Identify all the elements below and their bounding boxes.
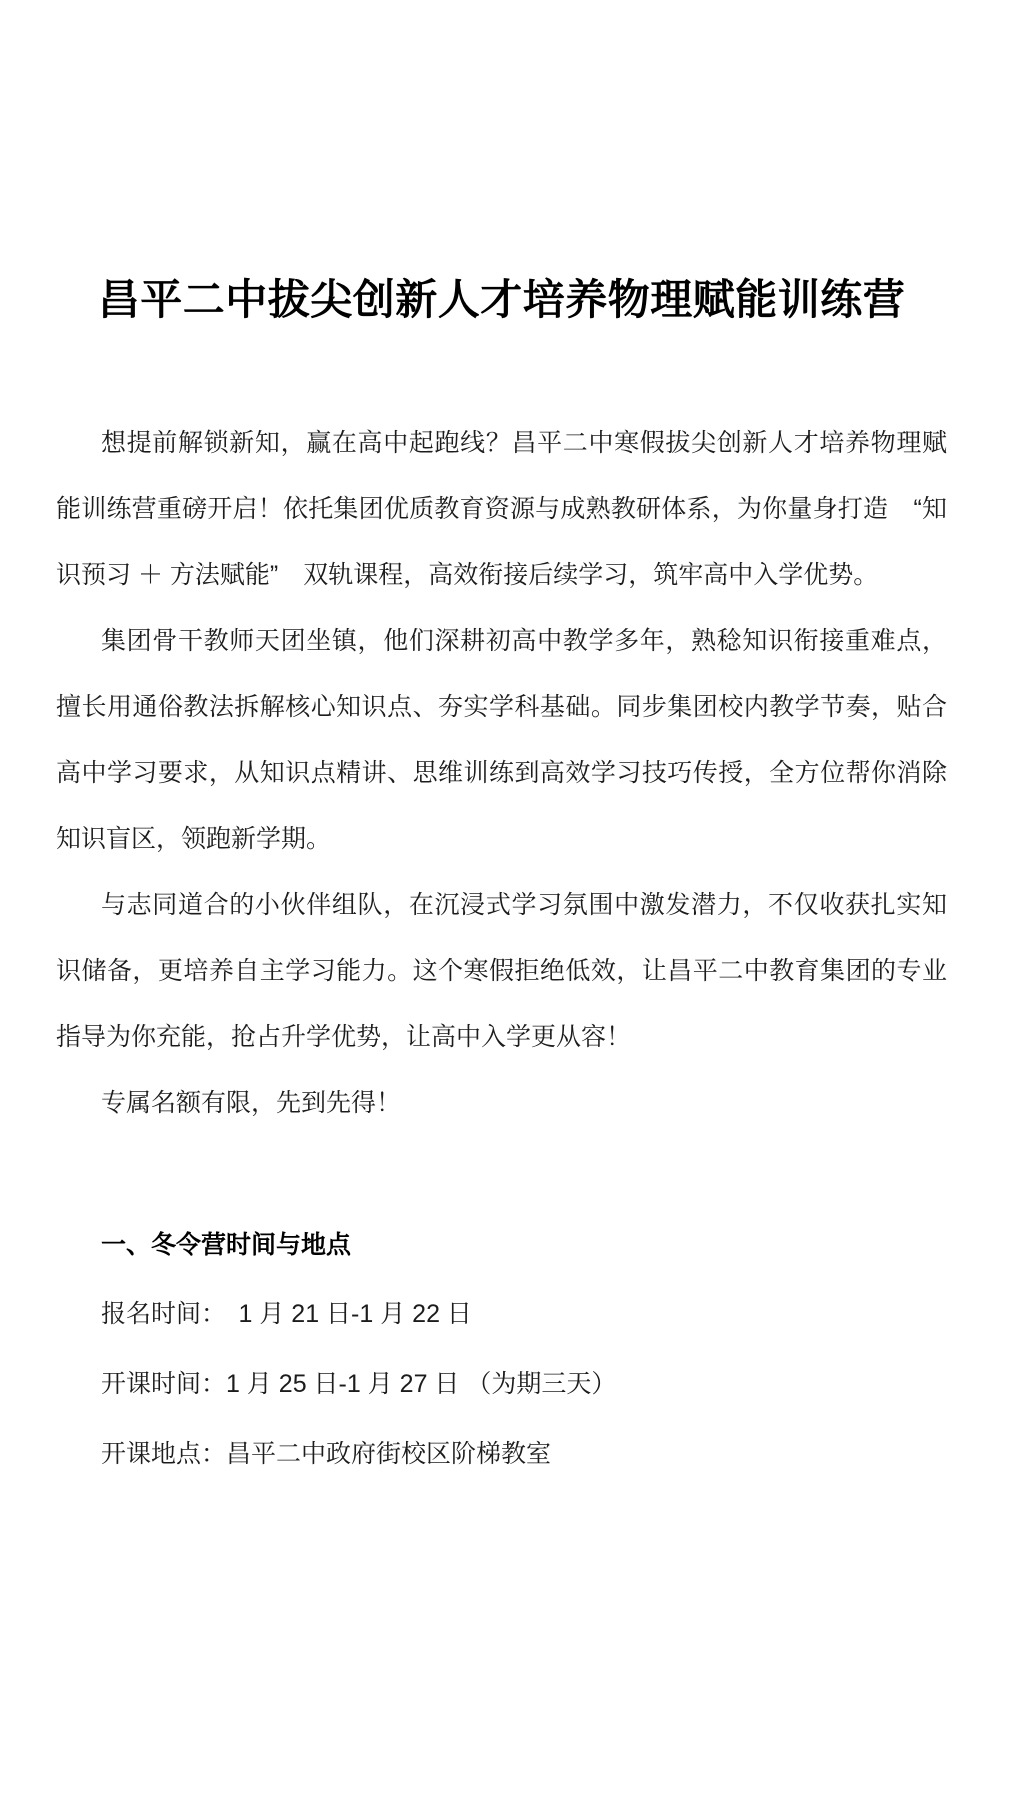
- document-title: 昌平二中拔尖创新人才培养物理赋能训练营: [56, 279, 947, 321]
- section-heading-time-location: 一、冬令营时间与地点: [56, 1212, 947, 1278]
- info-line-course-location: 开课地点：昌平二中政府街校区阶梯教室: [56, 1421, 947, 1487]
- teamwork-paragraph: 与志同道合的小伙伴组队，在沉浸式学习氛围中激发潜力，不仅收获扎实知识储备，更培养…: [56, 872, 947, 1070]
- intro-paragraph: 想提前解锁新知，赢在高中起跑线？昌平二中寒假拔尖创新人才培养物理赋能训练营重磅开…: [56, 410, 947, 608]
- info-line-registration-time: 报名时间： 1 月 21 日-1 月 22 日: [56, 1281, 947, 1347]
- teachers-paragraph: 集团骨干教师天团坐镇，他们深耕初高中教学多年，熟稔知识衔接重难点，擅长用通俗教法…: [56, 608, 947, 872]
- info-line-course-time: 开课时间：1 月 25 日-1 月 27 日 （为期三天）: [56, 1351, 947, 1417]
- document-page: 昌平二中拔尖创新人才培养物理赋能训练营 想提前解锁新知，赢在高中起跑线？昌平二中…: [0, 0, 1009, 1793]
- quota-paragraph: 专属名额有限，先到先得！: [56, 1070, 947, 1136]
